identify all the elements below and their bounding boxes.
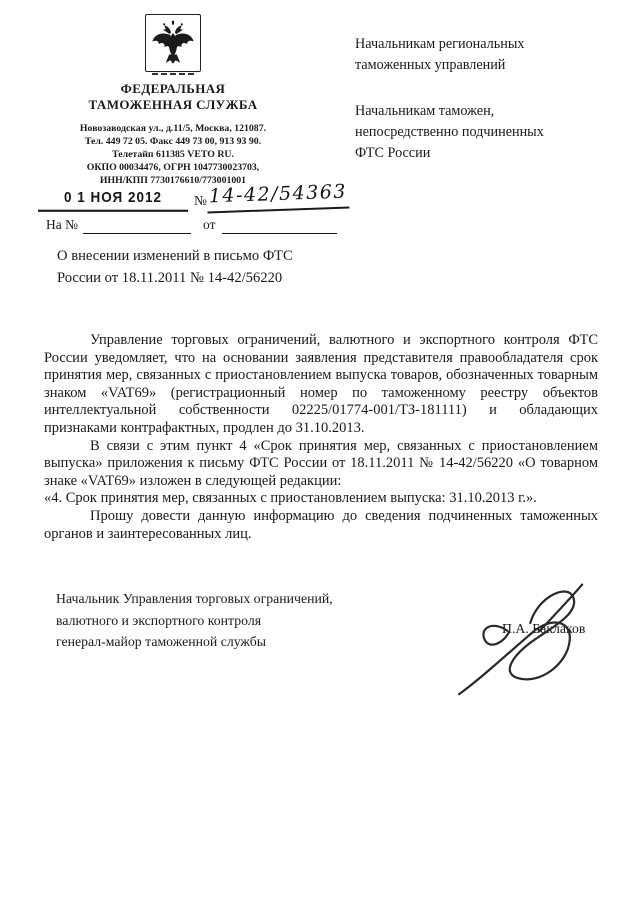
addressee-line: ФТС России [355,143,585,164]
reply-number-label: На № [46,217,78,233]
signatory-position-line: валютного и экспортного контроля [56,610,396,632]
signatory-position-line: генерал-майор таможенной службы [56,631,396,653]
signatory-position: Начальник Управления торговых ограничени… [56,588,396,653]
addressee-line: непосредственно подчиненных [355,122,585,143]
addressee-line: Начальникам таможен, [355,101,585,122]
org-name-line1: ФЕДЕРАЛЬНАЯ [33,81,313,97]
body-quoted-clause: «4. Срок принятия мер, связанных с приос… [44,490,598,508]
subject-line: О внесении изменений в письмо ФТС [57,246,377,268]
official-letter-page: ФЕДЕРАЛЬНАЯ ТАМОЖЕННАЯ СЛУЖБА Новозаводс… [0,0,640,900]
double-headed-eagle-icon [150,19,196,67]
body-paragraph-1: Управление торговых ограничений, валютно… [44,332,598,438]
body-paragraph-3: Прошу довести данную информацию до сведе… [44,508,598,543]
reply-number-blank [83,215,191,234]
org-address-line: Телетайп 611385 VETO RU. [33,148,313,161]
reply-date-blank [222,215,337,234]
handwritten-signature-icon [443,573,631,698]
org-address-line: Тел. 449 72 05. Факс 449 73 00, 913 93 9… [33,135,313,148]
addressee-customs-heads: Начальникам таможен, непосредственно под… [355,101,585,164]
outgoing-number-value: 14-42/54363 [207,181,350,214]
org-name: ФЕДЕРАЛЬНАЯ ТАМОЖЕННАЯ СЛУЖБА [33,81,313,113]
letterhead: ФЕДЕРАЛЬНАЯ ТАМОЖЕННАЯ СЛУЖБА Новозаводс… [33,14,313,187]
letter-body: Управление торговых ограничений, валютно… [44,332,598,543]
org-address-line: Новозаводская ул., д.11/5, Москва, 12108… [33,122,313,135]
addressees: Начальникам региональных таможенных упра… [355,34,585,164]
reply-reference-row: На № от [46,215,346,235]
addressee-regional-directorates: Начальникам региональных таможенных упра… [355,34,585,76]
signatory-position-line: Начальник Управления торговых ограничени… [56,588,396,610]
letter-subject: О внесении изменений в письмо ФТС России… [57,246,377,289]
org-address-line: ОКПО 00034476, ОГРН 1047730023703, [33,161,313,174]
org-name-line2: ТАМОЖЕННАЯ СЛУЖБА [33,97,313,113]
body-paragraph-2: В связи с этим пункт 4 «Срок принятия ме… [44,438,598,491]
addressee-line: Начальникам региональных [355,34,585,55]
date-stamp: 0 1 НОЯ 2012 [38,189,188,212]
reply-from-label: от [203,217,215,233]
subject-line: России от 18.11.2011 № 14-42/56220 [57,268,377,290]
outgoing-number-label: № [194,193,207,209]
org-address: Новозаводская ул., д.11/5, Москва, 12108… [33,122,313,187]
addressee-line: таможенных управлений [355,55,585,76]
emblem-frame [145,14,201,72]
